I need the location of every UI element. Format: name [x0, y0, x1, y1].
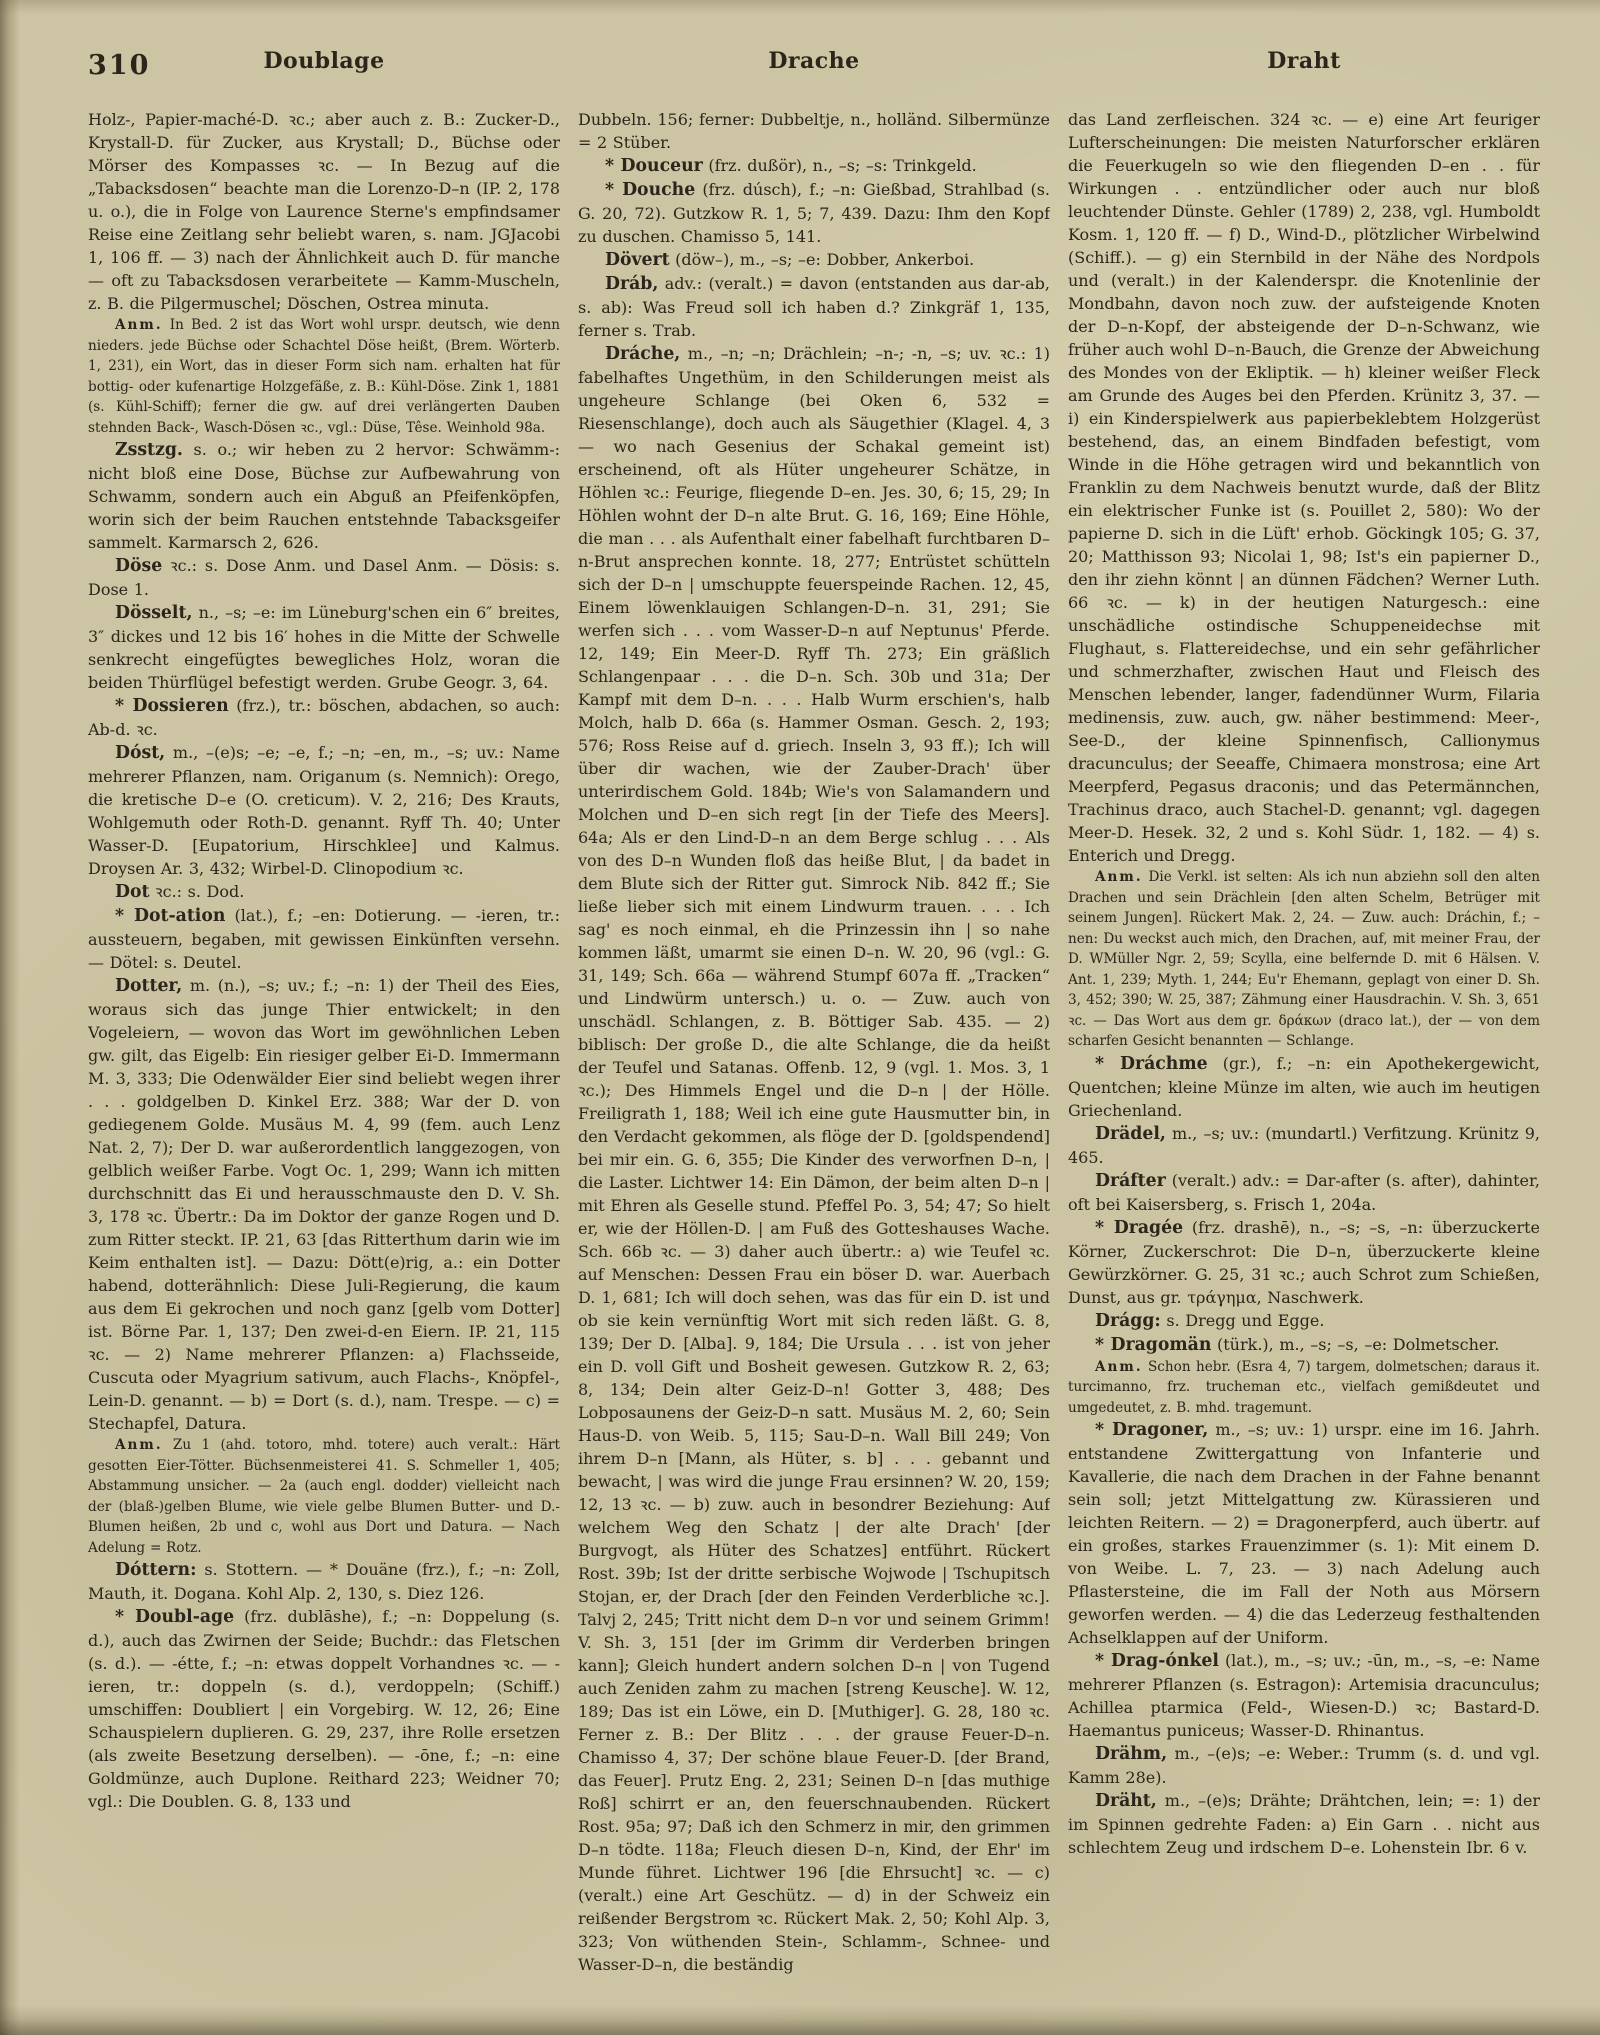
headword: * Dossieren: [115, 696, 229, 716]
entry-paragraph: Dráche, m., –n; –n; Drächlein; –n-; -n, …: [578, 342, 1050, 1976]
running-head-draht: Draht: [1068, 48, 1540, 74]
entry-paragraph: Dotter, m. (n.), –s; uv.; f.; –n: 1) der…: [88, 974, 560, 1435]
continuation-paragraph: das Land zerfleischen. 324 ꝛc. — e) eine…: [1068, 108, 1540, 867]
headword: Dösselt,: [115, 603, 192, 623]
entry-text: (döw–), m., –s; –e: Dobber, Ankerboi.: [670, 250, 975, 269]
headword: * Dot-ation: [115, 906, 225, 926]
entry-paragraph: Anm. Zu 1 (ahd. totoro, mhd. totere) auc…: [88, 1435, 560, 1558]
column-3: das Land zerfleischen. 324 ꝛc. — e) eine…: [1068, 108, 1540, 1988]
headword: Anm.: [1095, 869, 1143, 885]
column-1: Holz-, Papier-maché-D. ꝛc.; aber auch z.…: [88, 108, 560, 1988]
entry-text: m., –s; uv.: 1) urspr. eine im 16. Jahrh…: [1068, 1420, 1540, 1647]
entry-paragraph: Dräht, m., –(e)s; Drähte; Drähtchen, lei…: [1068, 1789, 1540, 1859]
entry-paragraph: Dösselt, n., –s; –e: im Lüneburg'schen e…: [88, 601, 560, 694]
entry-text: Holz-, Papier-maché-D. ꝛc.; aber auch z.…: [88, 110, 560, 313]
headword: Drädel,: [1095, 1124, 1166, 1144]
text-columns: Holz-, Papier-maché-D. ꝛc.; aber auch z.…: [88, 108, 1540, 1988]
running-head-drache: Drache: [578, 48, 1050, 74]
headword: Dráb,: [605, 274, 658, 294]
headword: Dotter,: [115, 976, 182, 996]
headword: Anm.: [115, 1437, 163, 1453]
entry-paragraph: * Drag-ónkel (lat.), m., –s; uv.; -ūn, m…: [1068, 1649, 1540, 1742]
headword: * Dragomän: [1095, 1335, 1211, 1355]
entry-paragraph: Dráb, adv.: (veralt.) = davon (entstande…: [578, 272, 1050, 342]
headword: Dot: [115, 882, 149, 902]
entry-paragraph: Döse ꝛc.: s. Dose Anm. und Dasel Anm. — …: [88, 554, 560, 601]
entry-text: Die Verkl. ist selten: Als ich nun abzie…: [1068, 869, 1540, 1049]
headword: Dövert: [605, 250, 670, 270]
running-head-doublage: Doublage: [88, 48, 560, 74]
headword: Dräht,: [1095, 1791, 1157, 1811]
headword: Dráfter: [1095, 1171, 1166, 1191]
continuation-paragraph: Holz-, Papier-maché-D. ꝛc.; aber auch z.…: [88, 108, 560, 315]
headword: Dóttern:: [115, 1560, 196, 1580]
page-bottom-shadow: [0, 2005, 1600, 2035]
headword: Zsstzg.: [115, 440, 183, 460]
entry-paragraph: Anm. In Bed. 2 ist das Wort wohl urspr. …: [88, 315, 560, 438]
entry-paragraph: Drädel, m., –s; uv.: (mundartl.) Verfitz…: [1068, 1122, 1540, 1169]
entry-text: m., –(e)s; –e; –e, f.; –n; –en, m., –s; …: [88, 743, 560, 878]
headword: * Douceur: [605, 156, 703, 176]
entry-paragraph: Zsstzg. s. o.; wir heben zu 2 hervor: Sc…: [88, 438, 560, 554]
entry-text: m. (n.), –s; uv.; f.; –n: 1) der Theil d…: [88, 976, 560, 1433]
entry-paragraph: * Douche (frz. dúsch), f.; –n: Gießbad, …: [578, 178, 1050, 248]
headword: Dráche,: [605, 344, 680, 364]
entry-paragraph: * Dragomän (türk.), m., –s; –s, –e: Dolm…: [1068, 1333, 1540, 1357]
entry-paragraph: Drähm, m., –(e)s; –e: Weber.: Trumm (s. …: [1068, 1742, 1540, 1789]
entry-paragraph: Dövert (döw–), m., –s; –e: Dobber, Anker…: [578, 248, 1050, 272]
dictionary-page: 310 Doublage Drache Draht Holz-, Papier-…: [0, 0, 1600, 2035]
running-header: 310 Doublage Drache Draht: [88, 48, 1540, 74]
headword: * Dragoner,: [1095, 1420, 1208, 1440]
entry-paragraph: Drágg: s. Dregg und Egge.: [1068, 1309, 1540, 1333]
entry-text: In Bed. 2 ist das Wort wohl urspr. deuts…: [88, 317, 560, 436]
entry-paragraph: * Doubl-age (frz. dublāshe), f.; –n: Dop…: [88, 1605, 560, 1813]
entry-paragraph: * Dragoner, m., –s; uv.: 1) urspr. eine …: [1068, 1418, 1540, 1649]
entry-text: (frz. dublāshe), f.; –n: Doppelung (s. d…: [88, 1607, 560, 1811]
headword: * Doubl-age: [115, 1607, 234, 1627]
entry-text: (türk.), m., –s; –s, –e: Dolmetscher.: [1211, 1335, 1499, 1354]
entry-text: Zu 1 (ahd. totoro, mhd. totere) auch ver…: [88, 1437, 560, 1556]
headword: * Douche: [605, 180, 695, 200]
entry-text: (frz. dußör), n., –s; –s: Trinkgeld.: [703, 156, 977, 175]
page-top-shadow: [0, 0, 1600, 14]
headword: Drähm,: [1095, 1744, 1167, 1764]
entry-paragraph: * Dot-ation (lat.), f.; –en: Dotierung. …: [88, 904, 560, 974]
entry-text: s. Dregg und Egge.: [1161, 1311, 1325, 1330]
entry-paragraph: Dot ꝛc.: s. Dod.: [88, 880, 560, 904]
headword: * Drag-ónkel: [1095, 1651, 1219, 1671]
page-number: 310: [88, 50, 150, 81]
entry-paragraph: Dóst, m., –(e)s; –e; –e, f.; –n; –en, m.…: [88, 741, 560, 880]
headword: Dóst,: [115, 743, 165, 763]
headword: Drágg:: [1095, 1311, 1161, 1331]
entry-paragraph: Anm. Die Verkl. ist selten: Als ich nun …: [1068, 867, 1540, 1052]
entry-paragraph: * Dráchme (gr.), f.; –n: ein Apothekerge…: [1068, 1052, 1540, 1122]
entry-text: m., –n; –n; Drächlein; –n-; -n, –s; uv. …: [578, 344, 1050, 1974]
entry-paragraph: Dráfter (veralt.) adv.: = Dar-after (s. …: [1068, 1169, 1540, 1216]
column-2: Dubbeln. 156; ferner: Dubbeltje, n., hol…: [578, 108, 1050, 1988]
headword: * Dráchme: [1095, 1054, 1208, 1074]
entry-text: das Land zerfleischen. 324 ꝛc. — e) eine…: [1068, 110, 1540, 865]
continuation-paragraph: Dubbeln. 156; ferner: Dubbeltje, n., hol…: [578, 108, 1050, 154]
entry-paragraph: * Dossieren (frz.), tr.: böschen, abdach…: [88, 694, 560, 741]
headword: Anm.: [115, 317, 163, 333]
entry-text: ꝛc.: s. Dod.: [149, 882, 244, 901]
entry-paragraph: * Douceur (frz. dußör), n., –s; –s: Trin…: [578, 154, 1050, 178]
page-gutter-shadow: [0, 0, 20, 2035]
headword: Anm.: [1095, 1359, 1143, 1375]
entry-paragraph: Dóttern: s. Stottern. — * Douäne (frz.),…: [88, 1558, 560, 1605]
entry-paragraph: * Dragée (frz. drashē), n., –s; –s, –n: …: [1068, 1216, 1540, 1309]
entry-paragraph: Anm. Schon hebr. (Esra 4, 7) targem, dol…: [1068, 1357, 1540, 1419]
headword: * Dragée: [1095, 1218, 1183, 1238]
headword: Döse: [115, 556, 162, 576]
entry-text: Dubbeln. 156; ferner: Dubbeltje, n., hol…: [578, 110, 1050, 152]
